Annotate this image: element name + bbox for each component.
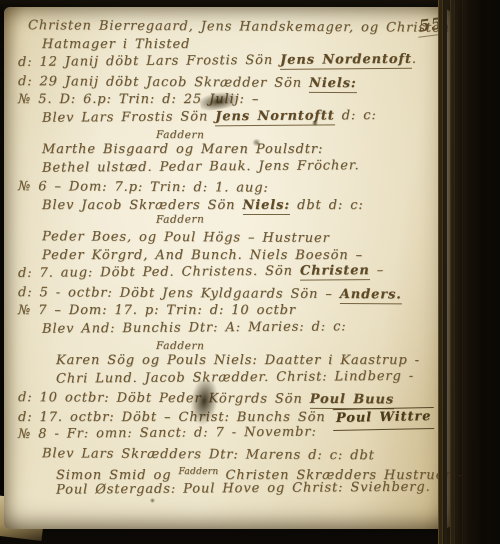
text-segment: d: 5 - octbr: Döbt Jens Kyldgaards Sön –	[18, 285, 340, 302]
text-segment: Blev Lars Frostis Sön	[42, 109, 215, 125]
text-segment: dbt d: c:	[290, 198, 364, 213]
text-segment: d: 29 Janij döbt Jacob Skrædder Sön	[18, 74, 309, 91]
manuscript-line: Blev Lars Frostis Sön Jens Norntoftt d: …	[4, 106, 444, 128]
manuscript-lines: Christen Bierregaard, Jens Handskemager,…	[4, 17, 444, 500]
text-segment: № 8 - Fr: omn: Sanct: d: 7 - Novembr:	[18, 425, 317, 442]
text-segment: d: 7. aug: Döbt Ped. Christens. Sön	[18, 264, 300, 281]
text-segment: Blev Lars Skrædders Dtr: Marens d: c: db…	[42, 446, 375, 463]
manuscript-line: Chri Lund. Jacob Skrædder. Christ: Lindb…	[4, 367, 444, 389]
text-segment: Christen Bierregaard, Jens Handskemager,…	[28, 18, 450, 36]
text-segment: Hatmager i Thisted	[42, 37, 190, 52]
manuscript-line: Bethel ulstæd. Pedar Bauk. Jens Fröcher.	[4, 156, 444, 178]
manuscript-line: d: 5 - octbr: Döbt Jens Kyldgaards Sön –…	[4, 284, 444, 305]
manuscript-line: Faddern	[4, 128, 444, 144]
text-segment: d: 17. octbr: Döbt – Christ: Bunchs Sön	[18, 410, 333, 425]
manuscript-line: № 6 – Dom: 7.p: Trin: d: 1. aug:	[4, 178, 444, 199]
manuscript-line: d: 10 octbr: Döbt Peder Körgrds Sön Poul…	[4, 389, 444, 410]
underlined-name: Jens Nordentoft	[280, 52, 412, 70]
manuscript-line: Blev And: Bunchis Dtr: A: Maries: d: c:	[4, 317, 444, 339]
text-segment: Peder Körgrd, And Bunch. Niels Boesön –	[42, 248, 363, 263]
text-segment: d: 12 Janij döbt Lars Frostis Sön	[18, 53, 280, 70]
text-segment: Karen Sög og Pouls Niels: Daatter i Kaas…	[56, 353, 420, 368]
text-segment: № 7 – Dom: 17. p: Trin: d: 10 octbr	[18, 303, 296, 318]
text-segment: Blev And: Bunchis Dtr: A: Maries: d: c:	[42, 319, 347, 336]
underlined-name: Niels:	[309, 75, 357, 92]
underlined-name: Jens Norntoftt	[215, 108, 335, 126]
underlined-name: Poul Buus	[310, 392, 394, 410]
text-segment: Blev Jacob Skræders Sön	[42, 198, 243, 213]
text-segment: Faddern	[156, 340, 205, 352]
underlined-name: Anders.	[340, 287, 402, 304]
manuscript-page: Christen Bierregaard, Jens Handskemager,…	[4, 7, 456, 529]
text-segment: Chri Lund. Jacob Skrædder. Christ: Lindb…	[56, 368, 414, 386]
manuscript-line: Faddern	[4, 212, 444, 228]
manuscript-line: Peder Boes, og Poul Högs – Hustruer	[4, 228, 444, 249]
manuscript-line: d: 12 Janij döbt Lars Frostis Sön Jens N…	[4, 51, 444, 73]
manuscript-line: Blev Lars Skrædders Dtr: Marens d: c: db…	[4, 445, 444, 466]
manuscript-line: Christen Bierregaard, Jens Handskemager,…	[4, 17, 444, 38]
text-segment: –	[370, 263, 385, 278]
manuscript-line: d: 29 Janij döbt Jacob Skrædder Sön Niel…	[4, 73, 444, 94]
manuscript-photo: Christen Bierregaard, Jens Handskemager,…	[0, 0, 500, 544]
underlined-name: Christen	[300, 263, 370, 281]
text-segment: № 6 – Dom: 7.p: Trin: d: 1. aug:	[18, 179, 269, 196]
text-segment: № 5. D: 6.p: Trin: d: 25 Julij: –	[18, 92, 259, 107]
text-segment: Faddern	[178, 467, 218, 477]
text-segment: Faddern	[156, 129, 205, 141]
text-segment: Faddern	[156, 213, 205, 225]
text-segment: .	[412, 52, 417, 67]
manuscript-line: d: 7. aug: Döbt Ped. Christens. Sön Chri…	[4, 262, 444, 284]
book-binding-edge	[438, 0, 500, 544]
text-segment: Bethel ulstæd. Pedar Bauk. Jens Fröcher.	[42, 158, 360, 175]
text-segment: d: 10 octbr: Döbt Peder Körgrds Sön	[18, 390, 310, 407]
text-segment: Marthe Bisgaard og Maren Poulsdtr:	[42, 142, 323, 157]
manuscript-line: Faddern	[4, 339, 444, 355]
text-segment: d: c:	[335, 108, 377, 123]
text-segment: Peder Boes, og Poul Högs – Hustruer	[42, 229, 330, 246]
manuscript-line: № 8 - Fr: omn: Sanct: d: 7 - Novembr:	[4, 423, 444, 445]
manuscript-line: Poul Østergads: Poul Hove og Christ: Svi…	[4, 478, 444, 500]
text-segment: Poul Østergads: Poul Hove og Christ: Svi…	[56, 479, 431, 497]
